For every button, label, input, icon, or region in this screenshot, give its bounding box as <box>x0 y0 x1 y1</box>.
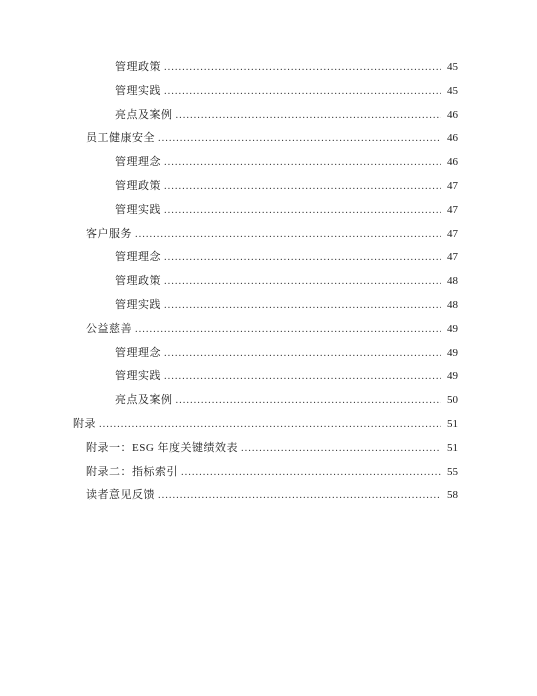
toc-entry[interactable]: 附录 .....................................… <box>57 413 458 437</box>
toc-entry[interactable]: 管理政策 ...................................… <box>57 56 458 80</box>
toc-dot-leader: ........................................… <box>164 80 441 104</box>
toc-dot-leader: ........................................… <box>135 318 441 342</box>
toc-entry[interactable]: 亮点及案例 ..................................… <box>57 389 458 413</box>
toc-page-number: 51 <box>443 413 458 437</box>
toc-dot-leader: ........................................… <box>158 484 441 508</box>
toc-entry-label[interactable]: 管理实践 <box>115 80 161 104</box>
toc-entry[interactable]: 管理政策 ...................................… <box>57 175 458 199</box>
toc-entry-label[interactable]: 管理实践 <box>115 294 161 318</box>
toc-entry[interactable]: 员工健康安全 .................................… <box>57 127 458 151</box>
toc-dot-leader: ........................................… <box>176 389 442 413</box>
toc-entry-label[interactable]: 读者意见反馈 <box>86 484 155 508</box>
toc-dot-leader: ........................................… <box>164 175 441 199</box>
toc-page-number: 48 <box>443 294 458 318</box>
toc-page-number: 46 <box>443 151 458 175</box>
toc-page-number: 45 <box>443 80 458 104</box>
toc-entry-label[interactable]: 管理理念 <box>115 151 161 175</box>
toc-page-number: 49 <box>443 342 458 366</box>
toc-entry[interactable]: 管理实践 ...................................… <box>57 365 458 389</box>
toc-dot-leader: ........................................… <box>164 246 441 270</box>
toc-entry[interactable]: 附录二：指标索引 ...............................… <box>57 461 458 485</box>
toc-page-number: 47 <box>443 199 458 223</box>
toc-entry[interactable]: 管理理念 ...................................… <box>57 151 458 175</box>
table-of-contents: 管理政策 ...................................… <box>57 56 458 508</box>
toc-dot-leader: ........................................… <box>164 270 441 294</box>
toc-dot-leader: ........................................… <box>164 342 441 366</box>
toc-dot-leader: ........................................… <box>164 294 441 318</box>
toc-dot-leader: ........................................… <box>164 56 441 80</box>
toc-dot-leader: ........................................… <box>135 223 441 247</box>
toc-dot-leader: ........................................… <box>181 461 441 485</box>
toc-dot-leader: ........................................… <box>164 151 441 175</box>
toc-entry-label[interactable]: 附录一：ESG 年度关键绩效表 <box>86 437 238 461</box>
toc-dot-leader: ........................................… <box>99 413 441 437</box>
toc-page-number: 45 <box>443 56 458 80</box>
toc-page-number: 49 <box>443 365 458 389</box>
toc-entry-label[interactable]: 亮点及案例 <box>115 389 173 413</box>
toc-dot-leader: ........................................… <box>241 437 441 461</box>
toc-dot-leader: ........................................… <box>164 365 441 389</box>
toc-entry[interactable]: 附录一：ESG 年度关键绩效表 ........................… <box>57 437 458 461</box>
toc-page-number: 55 <box>443 461 458 485</box>
toc-entry[interactable]: 管理实践 ...................................… <box>57 294 458 318</box>
toc-entry[interactable]: 管理理念 ...................................… <box>57 246 458 270</box>
toc-dot-leader: ........................................… <box>158 127 441 151</box>
toc-page-number: 48 <box>443 270 458 294</box>
toc-entry-label[interactable]: 公益慈善 <box>86 318 132 342</box>
toc-entry-label[interactable]: 附录 <box>73 413 96 437</box>
toc-page-number: 51 <box>443 437 458 461</box>
toc-entry-label[interactable]: 亮点及案例 <box>115 104 173 128</box>
toc-entry-label[interactable]: 管理政策 <box>115 56 161 80</box>
toc-entry-label[interactable]: 管理理念 <box>115 342 161 366</box>
toc-entry-label[interactable]: 管理实践 <box>115 199 161 223</box>
toc-page-number: 49 <box>443 318 458 342</box>
toc-entry-label[interactable]: 员工健康安全 <box>86 127 155 151</box>
toc-entry-label[interactable]: 客户服务 <box>86 223 132 247</box>
toc-entry-label[interactable]: 管理理念 <box>115 246 161 270</box>
toc-entry-label[interactable]: 管理政策 <box>115 175 161 199</box>
toc-entry[interactable]: 管理政策 ...................................… <box>57 270 458 294</box>
toc-entry[interactable]: 公益慈善 ...................................… <box>57 318 458 342</box>
toc-entry[interactable]: 管理理念 ...................................… <box>57 342 458 366</box>
toc-entry-label[interactable]: 管理政策 <box>115 270 161 294</box>
toc-page-number: 46 <box>443 104 458 128</box>
toc-dot-leader: ........................................… <box>164 199 441 223</box>
toc-dot-leader: ........................................… <box>176 104 442 128</box>
toc-entry[interactable]: 管理实践 ...................................… <box>57 199 458 223</box>
toc-page-number: 47 <box>443 175 458 199</box>
toc-page-number: 50 <box>443 389 458 413</box>
document-page: 管理政策 ...................................… <box>0 0 537 696</box>
toc-page-number: 47 <box>443 246 458 270</box>
toc-page-number: 47 <box>443 223 458 247</box>
toc-entry-label[interactable]: 附录二：指标索引 <box>86 461 178 485</box>
toc-entry[interactable]: 读者意见反馈 .................................… <box>57 484 458 508</box>
toc-entry[interactable]: 管理实践 ...................................… <box>57 80 458 104</box>
toc-page-number: 46 <box>443 127 458 151</box>
toc-entry[interactable]: 客户服务 ...................................… <box>57 223 458 247</box>
toc-entry-label[interactable]: 管理实践 <box>115 365 161 389</box>
toc-entry[interactable]: 亮点及案例 ..................................… <box>57 104 458 128</box>
toc-page-number: 58 <box>443 484 458 508</box>
